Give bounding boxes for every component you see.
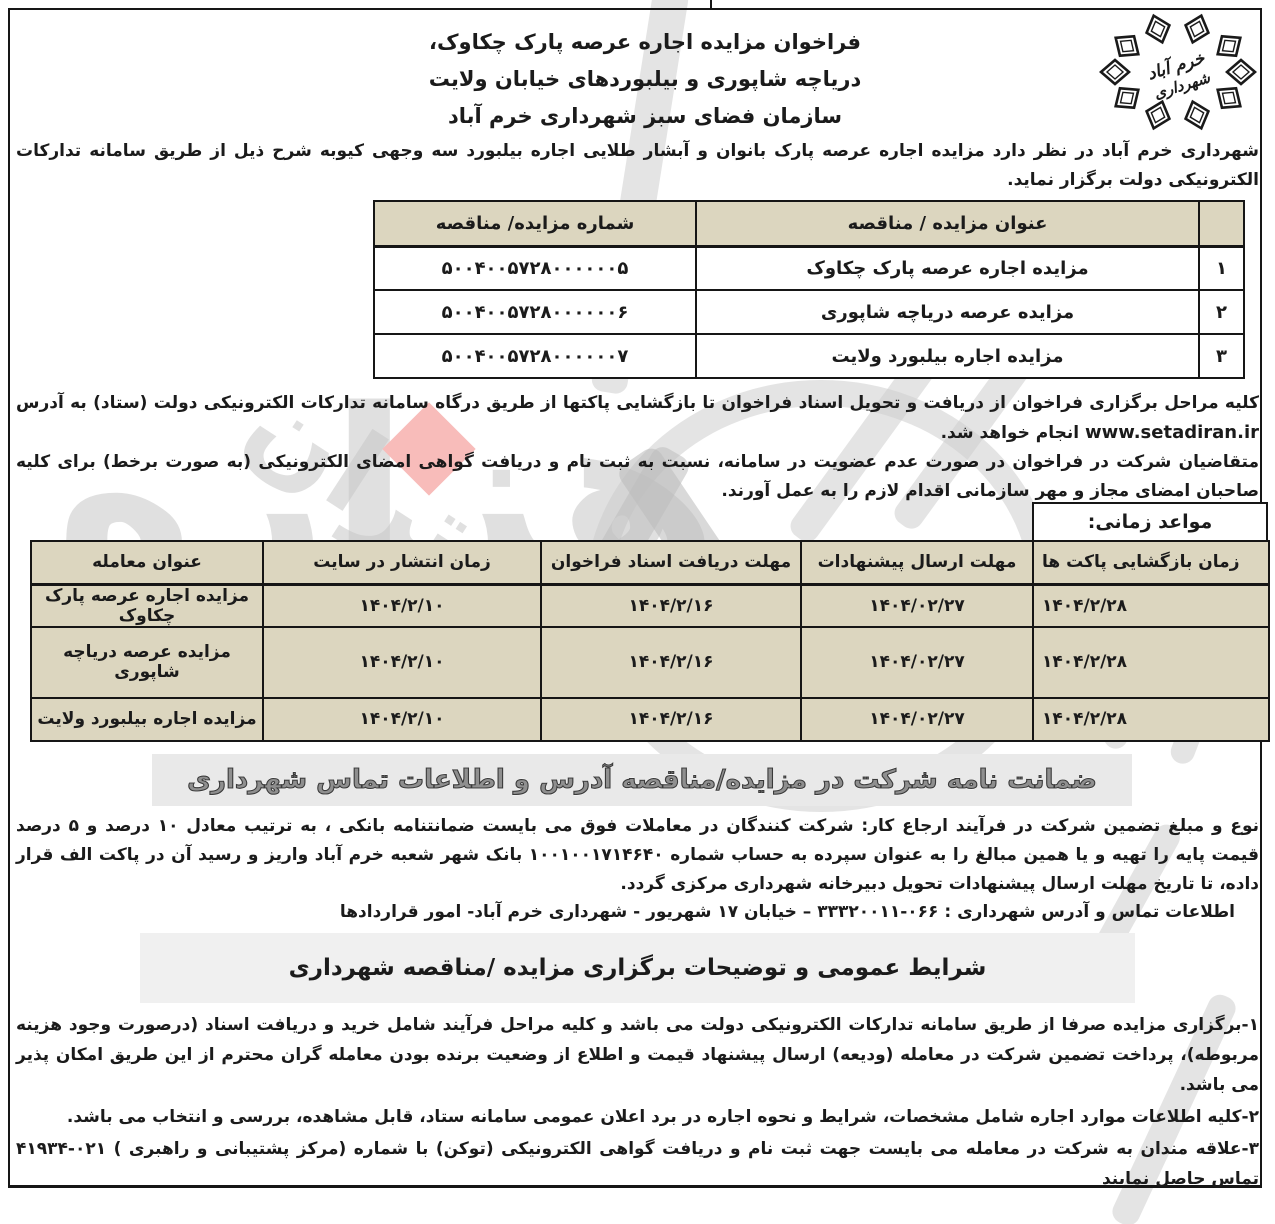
condition-item-3: ۳-علاقه مندان به شرکت در معامله می بایست… [16, 1134, 1259, 1194]
schedule-label: مواعد زمانی: [1088, 511, 1213, 533]
row-number: ۱ [1199, 246, 1244, 290]
setad-text-after-url: انجام خواهد شد. [941, 423, 1079, 443]
notice-title-line-2: دریاچه شاپوری و بیلبوردهای خیابان ولایت [320, 61, 970, 98]
guarantee-banner: ضمانت نامه شرکت در مزایده/مناقصه آدرس و … [152, 754, 1132, 806]
row-number: ۲ [1199, 290, 1244, 334]
tender-col-title-header: عنوان مزایده / مناقصه [696, 201, 1199, 246]
tender-table-wrap: عنوان مزایده / مناقصه شماره مزایده/ مناق… [373, 200, 1245, 379]
schedule-col-opening-header: زمان بازگشایی پاکت ها [1033, 541, 1269, 584]
notice-title: فراخوان مزایده اجاره عرصه پارک چکاوک، در… [320, 24, 970, 135]
table-row: ۱ مزایده اجاره عرصه پارک چکاوک ۵۰۰۴۰۰۵۷۲… [374, 246, 1244, 290]
schedule-table-wrap: زمان بازگشایی پاکت ها مهلت ارسال پیشنهاد… [30, 540, 1270, 742]
tender-number: ۵۰۰۴۰۰۵۷۲۸۰۰۰۰۰۰۷ [374, 334, 696, 378]
docs-deadline: ۱۴۰۴/۲/۱۶ [541, 584, 801, 627]
notice-title-line-3: سازمان فضای سبز شهرداری خرم آباد [320, 98, 970, 135]
notice-title-line-1: فراخوان مزایده اجاره عرصه پارک چکاوک، [320, 24, 970, 61]
schedule-label-box: مواعد زمانی: [1032, 502, 1268, 542]
condition-item-2: ۲-کلیه اطلاعات موارد اجاره شامل مشخصات، … [16, 1102, 1259, 1132]
schedule-col-submit-header: مهلت ارسال پیشنهادات [801, 541, 1033, 584]
table-row: ۱۴۰۴/۲/۲۸ ۱۴۰۴/۰۲/۲۷ ۱۴۰۴/۲/۱۶ ۱۴۰۴/۲/۱۰… [31, 584, 1269, 627]
schedule-col-publish-header: زمان انتشار در سایت [263, 541, 541, 584]
notice-page: هزاره گستران [0, 0, 1275, 1224]
municipality-logo-icon: خرم آباد شهرداری [1091, 12, 1265, 134]
opening-date: ۱۴۰۴/۲/۲۸ [1033, 584, 1269, 627]
tender-number: ۵۰۰۴۰۰۵۷۲۸۰۰۰۰۰۰۶ [374, 290, 696, 334]
row-number: ۳ [1199, 334, 1244, 378]
tender-title: مزایده عرصه دریاچه شاپوری [696, 290, 1199, 334]
schedule-table: زمان بازگشایی پاکت ها مهلت ارسال پیشنهاد… [30, 540, 1270, 742]
submit-deadline: ۱۴۰۴/۰۲/۲۷ [801, 627, 1033, 698]
tender-title: مزایده اجاره بیلبورد ولایت [696, 334, 1199, 378]
guarantee-paragraph: نوع و مبلغ تضمین شرکت در فرآیند ارجاع کا… [16, 812, 1259, 899]
submit-deadline: ۱۴۰۴/۰۲/۲۷ [801, 584, 1033, 627]
publish-date: ۱۴۰۴/۲/۱۰ [263, 698, 541, 741]
tender-col-number-header: شماره مزایده/ مناقصه [374, 201, 696, 246]
deal-title: مزایده اجاره عرصه پارک چکاوک [31, 584, 263, 627]
schedule-col-title-header: عنوان معامله [31, 541, 263, 584]
docs-deadline: ۱۴۰۴/۲/۱۶ [541, 627, 801, 698]
setad-paragraph: کلیه مراحل برگزاری فراخوان از دریافت و ت… [16, 389, 1259, 448]
conditions-heading: شرایط عمومی و توضیحات برگزاری مزایده /من… [289, 955, 987, 981]
condition-item-1: ۱-برگزاری مزایده صرفا از طریق سامانه تدا… [16, 1010, 1259, 1100]
top-table-remnant-line [710, 0, 712, 9]
contact-line: اطلاعات تماس و آدرس شهرداری : ۰۶۶-۳۳۳۲۰۰… [16, 898, 1235, 927]
tender-table: عنوان مزایده / مناقصه شماره مزایده/ مناق… [373, 200, 1245, 379]
publish-date: ۱۴۰۴/۲/۱۰ [263, 627, 541, 698]
submit-deadline: ۱۴۰۴/۰۲/۲۷ [801, 698, 1033, 741]
tender-col-no-header [1199, 201, 1244, 246]
intro-paragraph: شهرداری خرم آباد در نظر دارد مزایده اجار… [16, 137, 1259, 195]
docs-deadline: ۱۴۰۴/۲/۱۶ [541, 698, 801, 741]
table-row: ۲ مزایده عرصه دریاچه شاپوری ۵۰۰۴۰۰۵۷۲۸۰۰… [374, 290, 1244, 334]
tender-table-header-row: عنوان مزایده / مناقصه شماره مزایده/ مناق… [374, 201, 1244, 246]
membership-paragraph: متقاضیان شرکت در فراخوان در صورت عدم عضو… [16, 448, 1259, 506]
setad-url: www.setadiran.ir [1085, 422, 1259, 443]
conditions-heading-band: شرایط عمومی و توضیحات برگزاری مزایده /من… [140, 933, 1135, 1003]
table-row: ۳ مزایده اجاره بیلبورد ولایت ۵۰۰۴۰۰۵۷۲۸۰… [374, 334, 1244, 378]
deal-title: مزایده عرصه دریاچه شاپوری [31, 627, 263, 698]
tender-title: مزایده اجاره عرصه پارک چکاوک [696, 246, 1199, 290]
opening-date: ۱۴۰۴/۲/۲۸ [1033, 698, 1269, 741]
tender-number: ۵۰۰۴۰۰۵۷۲۸۰۰۰۰۰۰۵ [374, 246, 696, 290]
conditions-list: ۱-برگزاری مزایده صرفا از طریق سامانه تدا… [16, 1010, 1259, 1196]
schedule-header-row: زمان بازگشایی پاکت ها مهلت ارسال پیشنهاد… [31, 541, 1269, 584]
guarantee-banner-text: ضمانت نامه شرکت در مزایده/مناقصه آدرس و … [187, 765, 1097, 795]
deal-title: مزایده اجاره بیلبورد ولایت [31, 698, 263, 741]
schedule-col-docs-header: مهلت دریافت اسناد فراخوان [541, 541, 801, 584]
table-row: ۱۴۰۴/۲/۲۸ ۱۴۰۴/۰۲/۲۷ ۱۴۰۴/۲/۱۶ ۱۴۰۴/۲/۱۰… [31, 698, 1269, 741]
setad-text-before-url: کلیه مراحل برگزاری فراخوان از دریافت و ت… [16, 393, 1259, 413]
opening-date: ۱۴۰۴/۲/۲۸ [1033, 627, 1269, 698]
publish-date: ۱۴۰۴/۲/۱۰ [263, 584, 541, 627]
table-row: ۱۴۰۴/۲/۲۸ ۱۴۰۴/۰۲/۲۷ ۱۴۰۴/۲/۱۶ ۱۴۰۴/۲/۱۰… [31, 627, 1269, 698]
